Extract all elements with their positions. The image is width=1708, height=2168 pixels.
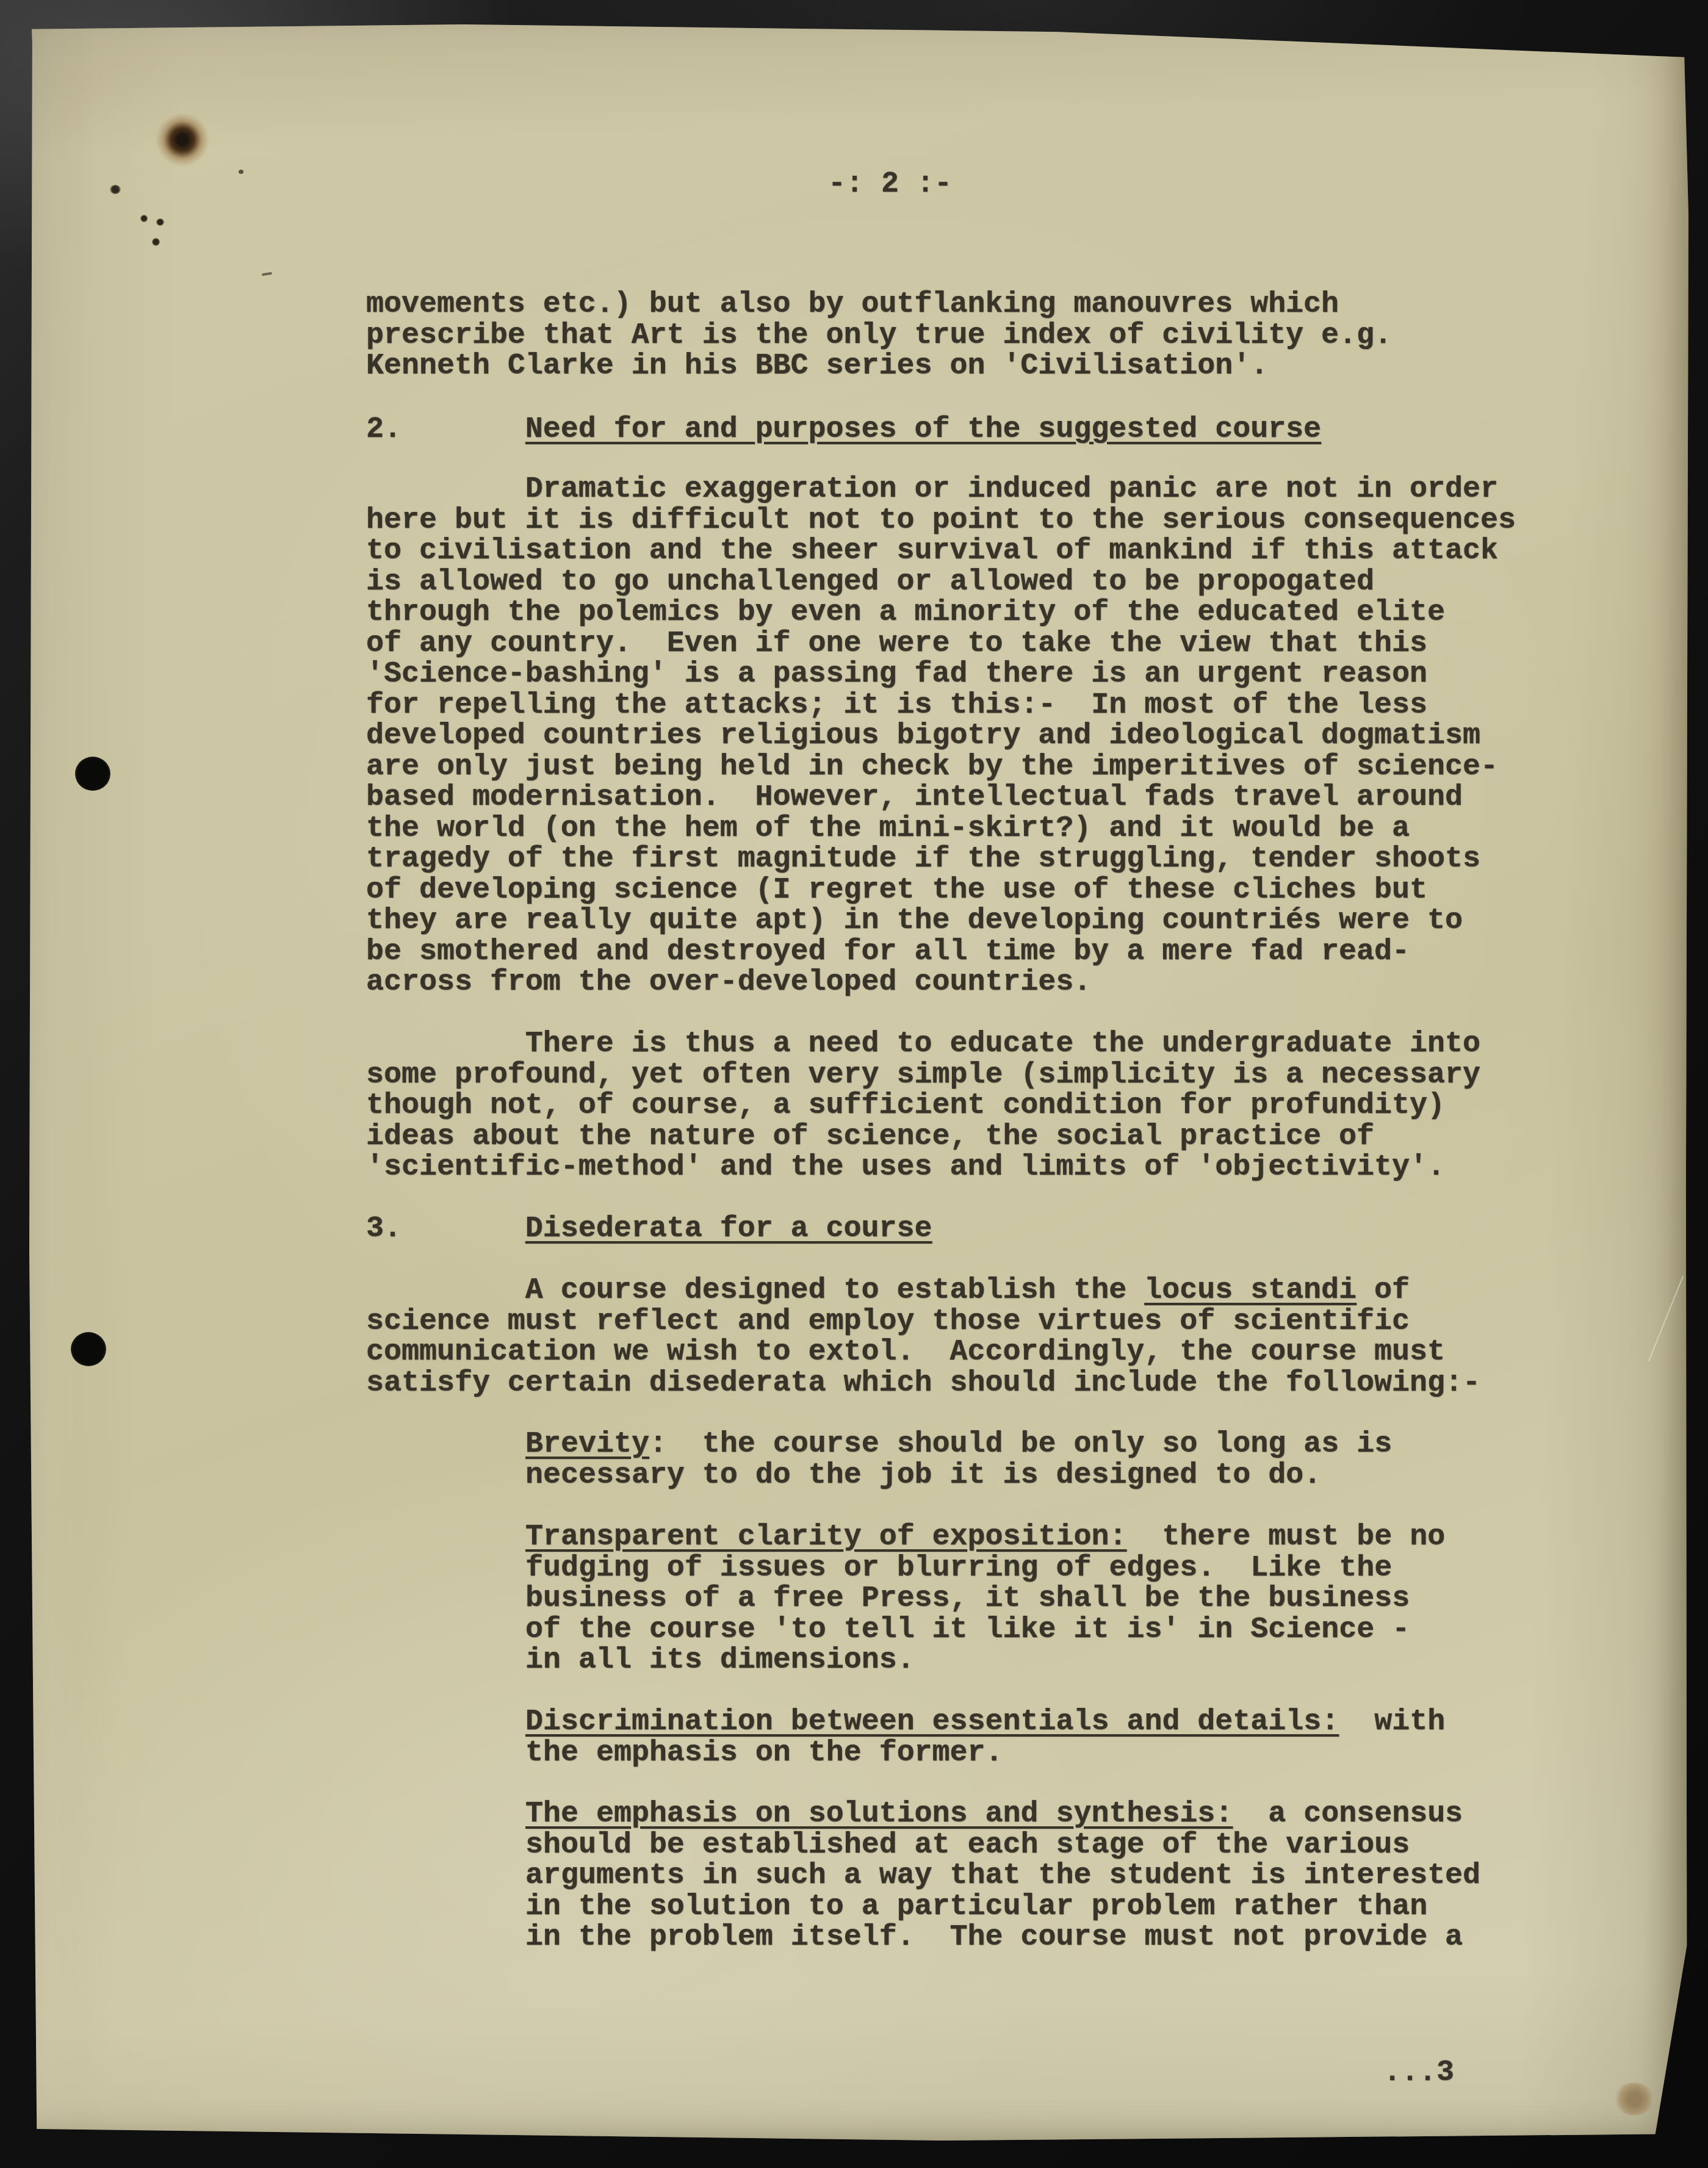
underlined-text: Transparent clarity of exposition: — [525, 1520, 1126, 1554]
section-2-paragraph-2: There is thus a need to educate the unde… — [366, 1029, 1480, 1183]
desideratum-emphasis-solutions: The emphasis on solutions and synthesis:… — [525, 1799, 1480, 1953]
page-continuation-footer: ...3 — [1383, 2058, 1454, 2089]
underlined-text: Brevity — [525, 1427, 649, 1461]
section-3-heading-row: 3. Disederata for a course — [366, 1214, 932, 1245]
desideratum-brevity: Brevity: the course should be only so lo… — [525, 1429, 1392, 1491]
section-3-paragraph: A course designed to establish the locus… — [366, 1275, 1480, 1399]
text-run: 2. — [366, 412, 402, 446]
underlined-text: Disederata for a course — [525, 1212, 932, 1245]
text-run — [402, 412, 525, 446]
section-2-paragraph-1: Dramatic exaggeration or induced panic a… — [366, 474, 1516, 998]
desideratum-transparent-clarity: Transparent clarity of exposition: there… — [525, 1522, 1445, 1676]
text-run: movements etc.) but also by outflanking … — [366, 287, 1392, 383]
intro-paragraph: movements etc.) but also by outflanking … — [366, 289, 1392, 382]
underlined-text: Need for and purposes of the suggested c… — [525, 412, 1321, 446]
text-run: There is thus a need to educate the unde… — [366, 1027, 1480, 1184]
desideratum-discrimination: Discrimination between essentials and de… — [525, 1707, 1445, 1768]
scan-background: -: 2 :- movements etc.) but also by outf… — [0, 0, 1708, 2168]
text-run: A course designed to establish the — [366, 1273, 1144, 1307]
underlined-text: The emphasis on solutions and synthesis: — [525, 1797, 1233, 1831]
underlined-text: Discrimination between essentials and de… — [525, 1705, 1339, 1738]
text-run — [402, 1212, 525, 1245]
text-run: Dramatic exaggeration or induced panic a… — [366, 472, 1516, 999]
text-run: : the course should be only so long as i… — [525, 1427, 1392, 1492]
underlined-text: locus standi — [1144, 1273, 1357, 1307]
text-run: 3. — [366, 1212, 402, 1245]
section-2-heading-row: 2. Need for and purposes of the suggeste… — [366, 414, 1321, 445]
page-number-header: -: 2 :- — [828, 169, 952, 200]
